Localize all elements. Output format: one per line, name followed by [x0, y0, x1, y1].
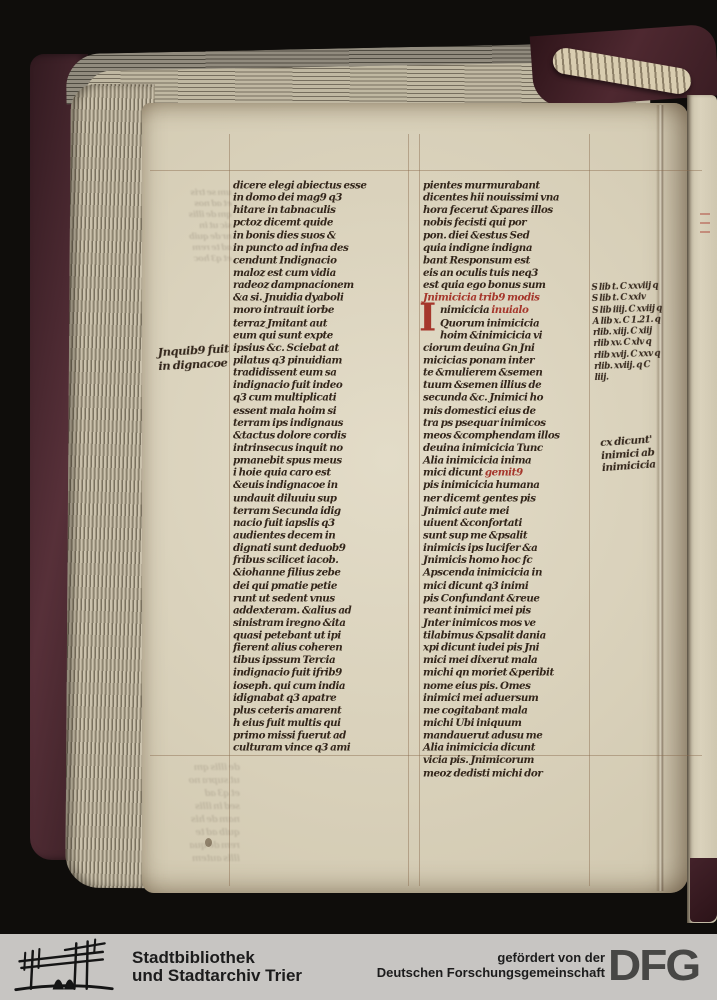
funding-line2: Deutschen Forschungsgemeinschaft [377, 966, 605, 981]
red-initial-drop-cap: I [419, 300, 436, 335]
library-name-line1: Stadtbibliothek [132, 949, 302, 967]
ruling-line-horizontal-top [150, 170, 702, 171]
gutter-crease [656, 105, 664, 891]
porta-nigra-logo-icon [12, 938, 116, 996]
photo-background: um se triset ad nosqm de illissic ut inn… [0, 0, 717, 934]
text-column-right: I pientes murmurabantdicentes hii nouiss… [423, 179, 590, 779]
facing-page-red-marks [700, 207, 710, 233]
marginal-note-left-red: Jnquib9 fuitin dignacoe [157, 342, 238, 373]
footer-bar: Stadtbibliothek und Stadtarchiv Trier ge… [0, 934, 717, 1000]
funding-line1: gefördert von der [377, 951, 605, 966]
marginal-references-right: S lib t. C xxviij qS lib t. C xxivS lib … [591, 279, 714, 385]
dfg-logo: DFG [608, 939, 699, 990]
library-name: Stadtbibliothek und Stadtarchiv Trier [132, 949, 302, 984]
digitized-manuscript-scan: um se triset ad nosqm de illissic ut inn… [0, 0, 717, 1000]
text-column-left: dicere elegi abiectus essein domo dei ma… [233, 179, 409, 754]
ruling-line-vertical-3 [419, 134, 420, 886]
funding-credit: gefördert von der Deutschen Forschungsge… [377, 951, 605, 980]
library-name-line2: und Stadtarchiv Trier [132, 967, 302, 985]
cover-corner-bottom-right [690, 858, 717, 922]
show-through-text-bottom: de illis qmut supra noet q3 adsed in ill… [150, 762, 240, 866]
ink-blot [205, 838, 212, 847]
marginal-note-right-red: cx dicunt'inimici abinimicicia [600, 431, 692, 475]
show-through-text-top: um se triset ad nosqm de illissic ut inn… [152, 188, 232, 265]
